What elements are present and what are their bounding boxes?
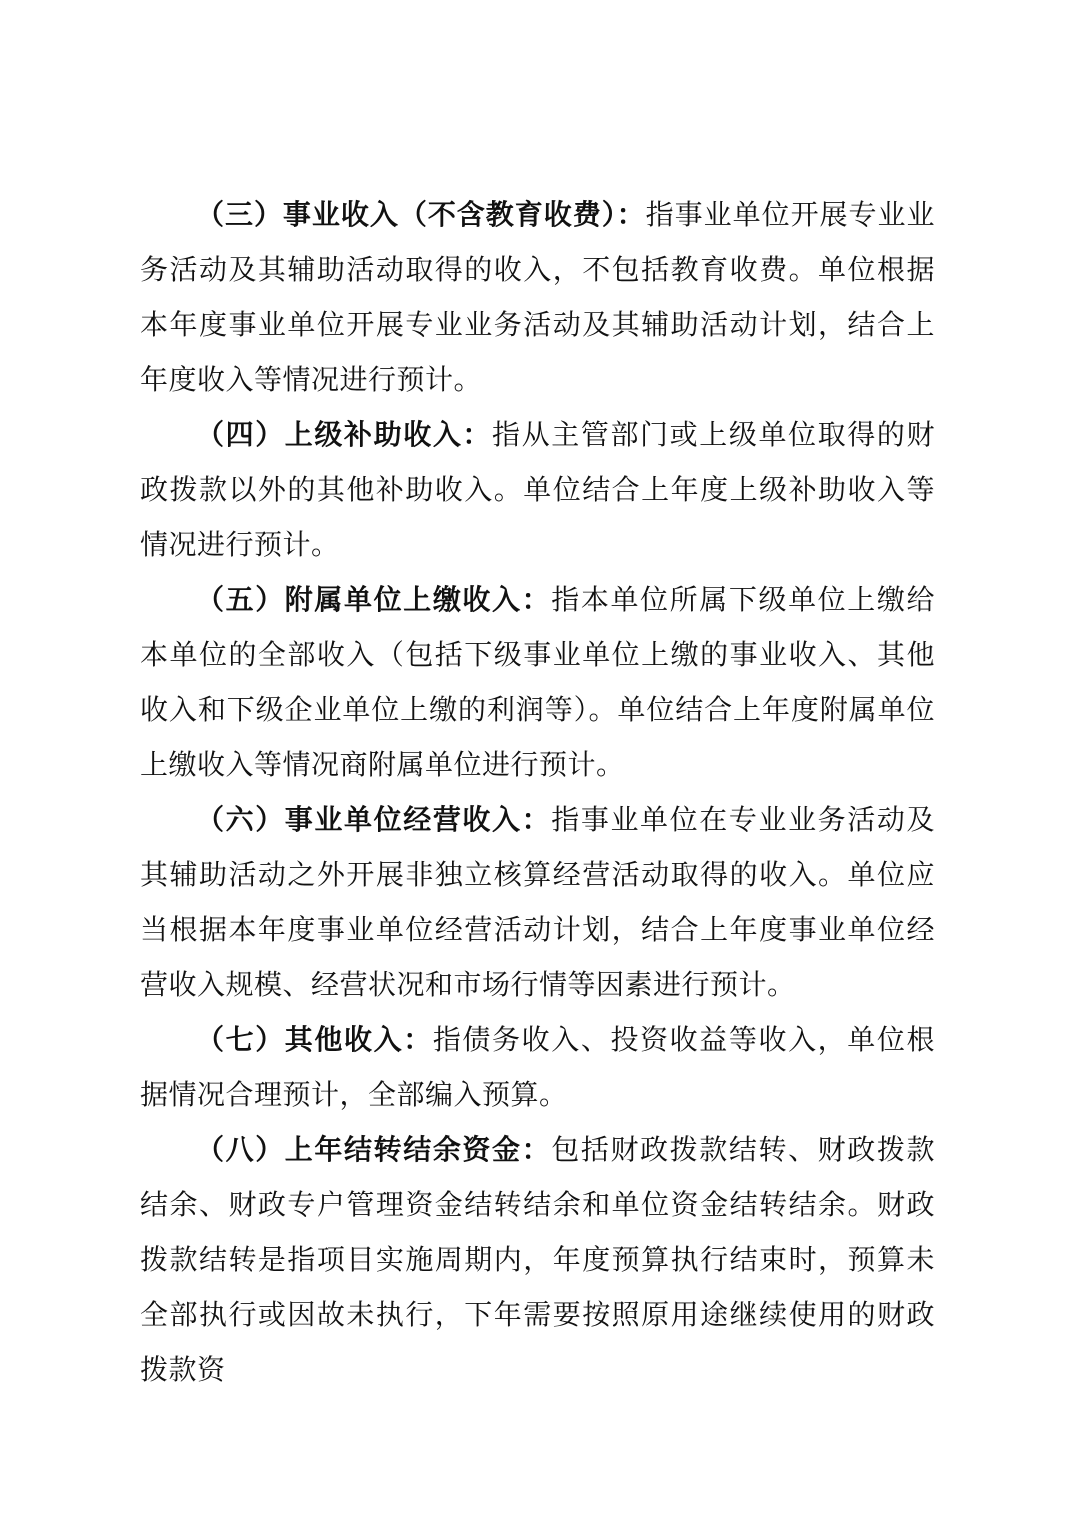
- document-page: （三）事业收入（不含教育收费）：指事业单位开展专业业务活动及其辅助活动取得的收入…: [0, 0, 1074, 1520]
- paragraph-affiliated-unit-income: （五）附属单位上缴收入：指本单位所属下级单位上缴给本单位的全部收入（包括下级事业…: [140, 573, 935, 793]
- paragraph-carryover-funds: （八）上年结转结余资金：包括财政拨款结转、财政拨款结余、财政专户管理资金结转结余…: [140, 1123, 935, 1398]
- paragraph-label: （三）事业收入（不含教育收费）：: [196, 200, 646, 231]
- paragraph-label: （七）其他收入：: [196, 1025, 433, 1056]
- paragraph-operating-income: （六）事业单位经营收入：指事业单位在专业业务活动及其辅助活动之外开展非独立核算经…: [140, 793, 935, 1013]
- paragraph-label: （四）上级补助收入：: [196, 420, 492, 451]
- paragraph-career-income: （三）事业收入（不含教育收费）：指事业单位开展专业业务活动及其辅助活动取得的收入…: [140, 188, 935, 408]
- paragraph-label: （六）事业单位经营收入：: [196, 805, 551, 836]
- paragraph-superior-subsidy-income: （四）上级补助收入：指从主管部门或上级单位取得的财政拨款以外的其他补助收入。单位…: [140, 408, 935, 573]
- paragraph-label: （五）附属单位上缴收入：: [196, 585, 551, 616]
- paragraph-body: 包括财政拨款结转、财政拨款结余、财政专户管理资金结转结余和单位资金结转结余。财政…: [140, 1135, 935, 1386]
- paragraph-label: （八）上年结转结余资金：: [196, 1135, 551, 1166]
- paragraph-other-income: （七）其他收入：指债务收入、投资收益等收入，单位根据情况合理预计，全部编入预算。: [140, 1013, 935, 1123]
